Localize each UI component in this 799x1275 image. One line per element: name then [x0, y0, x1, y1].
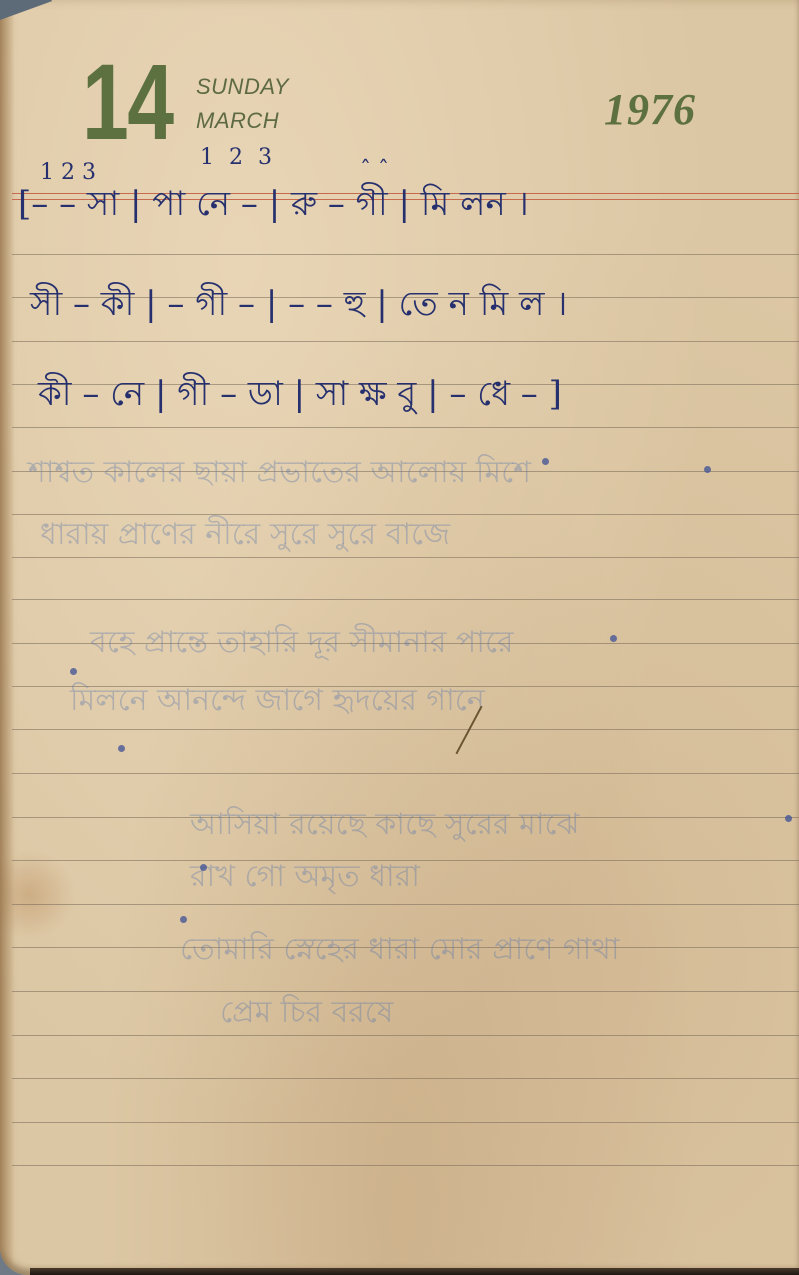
bleed-through-text: বহে প্রান্তে তাহারি দূর সীমানার পারে: [90, 618, 514, 669]
diary-page: 14 SUNDAY MARCH 1976 শাশ্বত কালের ছায়া …: [0, 0, 799, 1275]
notation-line-1: [– – সা | পা নে – | রু – গী | মি লন ।: [18, 178, 529, 235]
ruled-line: [12, 427, 799, 428]
bleed-through-text: তোমারি স্নেহের ধারা মোর প্রাণে গাথা: [180, 925, 620, 976]
page-bottom-edge: [30, 1268, 799, 1275]
ruled-line: [12, 254, 799, 255]
ink-dot: [200, 864, 207, 871]
ruled-line: [12, 1122, 799, 1123]
notation-line-2: সী – কী | – গী – | – – হু | তে ন মি ল ।: [30, 278, 567, 335]
ink-dot: [118, 745, 125, 752]
ruled-line: [12, 341, 799, 342]
ruled-line: [12, 773, 799, 774]
year-label: 1976: [604, 84, 696, 135]
bleed-through-text: মিলনে আনন্দে জাগে হৃদয়ের গানে: [70, 676, 485, 727]
ruled-line: [12, 991, 799, 992]
ruled-line: [12, 599, 799, 600]
bleed-through-text: প্রেম চির বরষে: [220, 988, 393, 1039]
ink-dot: [180, 916, 187, 923]
ink-dot: [610, 635, 617, 642]
ruled-line: [12, 1165, 799, 1166]
ruled-line: [12, 904, 799, 905]
day-number: 14: [82, 48, 173, 156]
weekday-label: SUNDAY: [196, 74, 289, 100]
ink-dot: [542, 458, 549, 465]
ink-dot: [785, 815, 792, 822]
ruled-line: [12, 1078, 799, 1079]
bleed-through-text: শাশ্বত কালের ছায়া প্রভাতের আলোয় মিশে: [28, 448, 531, 499]
bleed-through-text: আসিয়া রয়েছে কাছে সুরের মাঝে: [190, 800, 579, 851]
ink-dot: [70, 668, 77, 675]
notation-line-3: কী – নে | গী – ডা | সা ক্ষ বু | – ধে – ]: [38, 368, 562, 425]
beat-numbers: 1 2 3: [200, 145, 276, 170]
ruled-line: [12, 729, 799, 730]
month-label: MARCH: [196, 108, 279, 134]
page-spine-shadow: [0, 0, 14, 1275]
ruled-line: [12, 1035, 799, 1036]
bleed-through-text: ধারায় প্রাণের নীরে সুরে সুরে বাজে: [40, 510, 450, 561]
bleed-through-text: রাখ গো অমৃত ধারা: [190, 852, 420, 903]
ink-dot: [704, 466, 711, 473]
